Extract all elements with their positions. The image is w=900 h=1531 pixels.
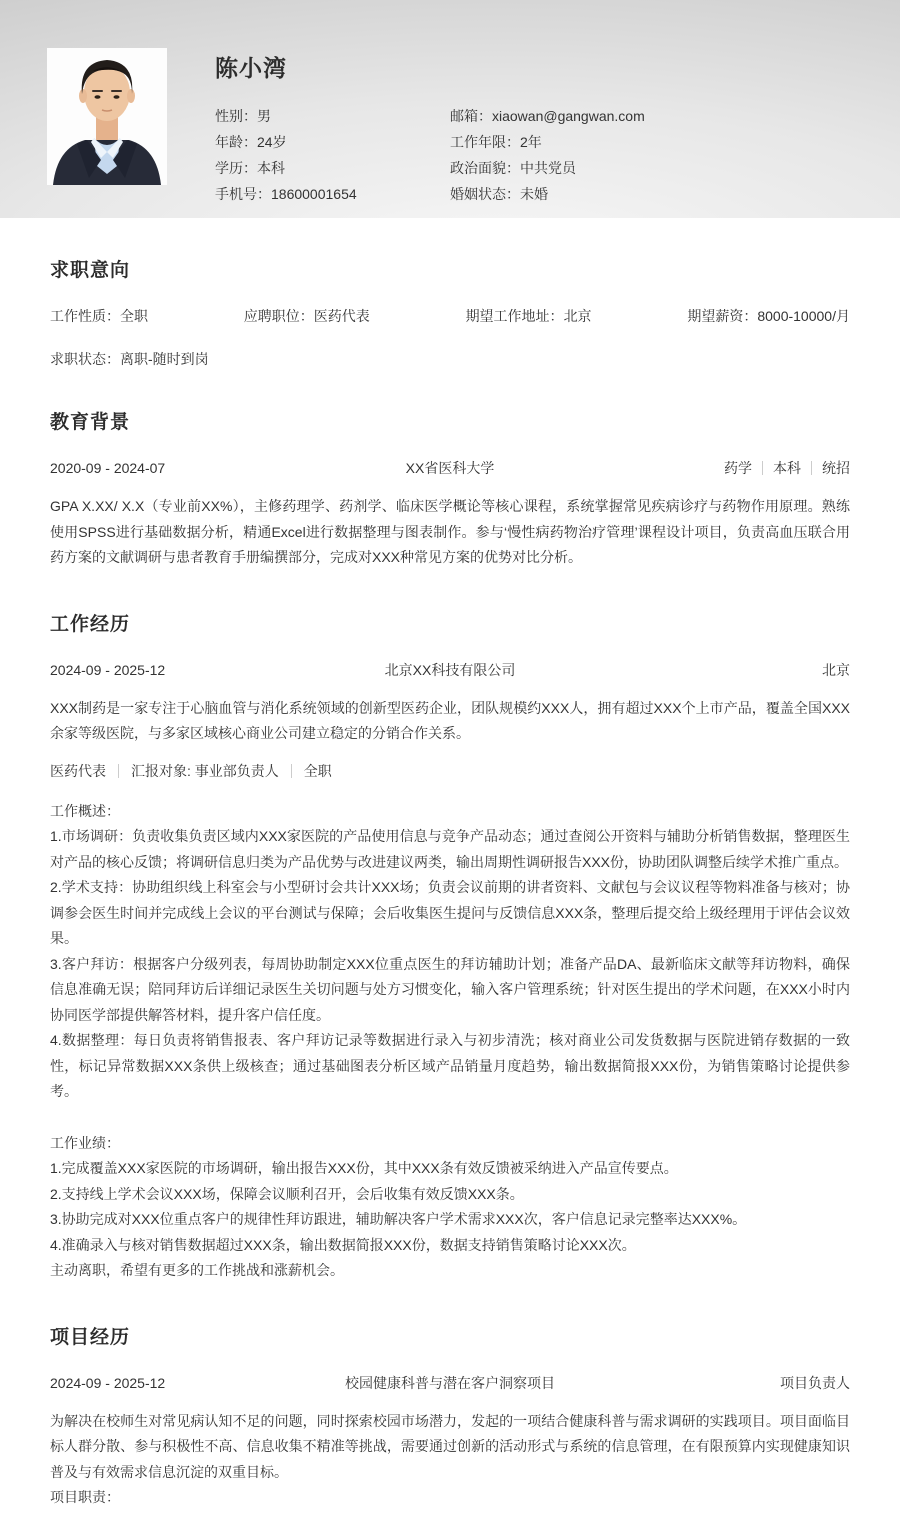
project-meta-row: 2024-09 - 2025-12 校园健康科普与潜在客户洞察项目 项目负责人 xyxy=(50,1373,850,1393)
project-name: 校园健康科普与潜在客户洞察项目 xyxy=(345,1373,555,1393)
resume-page: 陈小湾 性别：男 年龄：24岁 学历：本科 手机号：18600001654 邮箱… xyxy=(0,0,900,1531)
intent-value: 离职-随时到岗 xyxy=(120,351,209,367)
detail-political-status: 政治面貌：中共党员 xyxy=(450,155,860,181)
section-title-job-intention: 求职意向 xyxy=(50,255,850,282)
detail-label: 手机号： xyxy=(215,186,271,202)
project-description: 为解决在校师生对常见病认知不足的问题，同时探索校园市场潜力，发起的一项结合健康科… xyxy=(50,1409,850,1486)
detail-label: 学历： xyxy=(215,160,257,176)
work-leave-reason: 主动离职，希望有更多的工作挑战和涨薪机会。 xyxy=(50,1258,850,1284)
intent-label: 工作性质： xyxy=(50,308,120,324)
section-project-experience: 项目经历 2024-09 - 2025-12 校园健康科普与潜在客户洞察项目 项… xyxy=(50,1322,850,1511)
intent-value: 全职 xyxy=(120,308,148,324)
details-left-column: 性别：男 年龄：24岁 学历：本科 手机号：18600001654 xyxy=(215,103,450,207)
section-title-project: 项目经历 xyxy=(50,1322,850,1349)
work-location: 北京 xyxy=(515,660,850,680)
detail-label: 性别： xyxy=(215,108,257,124)
work-meta-row: 2024-09 - 2025-12 北京XX科技有限公司 北京 xyxy=(50,660,850,680)
project-period: 2024-09 - 2025-12 xyxy=(50,1373,345,1393)
intent-label: 求职状态： xyxy=(50,351,120,367)
detail-label: 邮箱： xyxy=(450,108,492,124)
work-achievement-title: 工作业绩： xyxy=(50,1131,850,1157)
detail-email: 邮箱：xiaowan@gangwan.com xyxy=(450,103,860,129)
detail-value: 2年 xyxy=(520,134,542,150)
work-position-tags: 医药代表汇报对象: 事业部负责人全职 xyxy=(50,764,344,778)
work-overview-item: 3.客户拜访：根据客户分级列表，每周协助制定XXX位重点医生的拜访辅助计划；准备… xyxy=(50,952,850,1029)
project-role: 项目负责人 xyxy=(555,1373,850,1393)
education-degree: 本科 xyxy=(762,461,811,475)
work-overview-title: 工作概述： xyxy=(50,799,850,825)
intent-label: 期望薪资： xyxy=(687,308,757,324)
detail-label: 婚姻状态： xyxy=(450,186,520,202)
education-major: 药学 xyxy=(724,461,762,475)
company-intro: XXX制药是一家专注于心脑血管与消化系统领域的创新型医药企业，团队规模约XXX人… xyxy=(50,696,850,747)
job-intention-row: 工作性质：全职 应聘职位：医药代表 期望工作地址：北京 期望薪资：8000-10… xyxy=(50,306,850,326)
resume-header: 陈小湾 性别：男 年龄：24岁 学历：本科 手机号：18600001654 邮箱… xyxy=(0,0,900,218)
intent-status: 求职状态：离职-随时到岗 xyxy=(50,349,850,369)
section-education: 教育背景 2020-09 - 2024-07 XX省医科大学 药学本科统招 GP… xyxy=(50,407,850,571)
detail-work-years: 工作年限：2年 xyxy=(450,129,860,155)
education-meta-row: 2020-09 - 2024-07 XX省医科大学 药学本科统招 xyxy=(50,458,850,478)
work-achievement-block: 工作业绩： 1.完成覆盖XXX家医院的市场调研，输出报告XXX份，其中XXX条有… xyxy=(50,1131,850,1259)
education-school: XX省医科大学 xyxy=(406,458,495,478)
detail-label: 年龄： xyxy=(215,134,257,150)
work-employment-type: 全职 xyxy=(291,764,344,778)
detail-education: 学历：本科 xyxy=(215,155,450,181)
intent-salary: 期望薪资：8000-10000/月 xyxy=(687,306,850,326)
section-job-intention: 求职意向 工作性质：全职 应聘职位：医药代表 期望工作地址：北京 期望薪资：80… xyxy=(50,255,850,369)
profile-photo xyxy=(47,48,167,185)
work-position-title: 医药代表 xyxy=(50,764,118,778)
details-right-column: 邮箱：xiaowan@gangwan.com 工作年限：2年 政治面貌：中共党员… xyxy=(450,103,860,207)
education-period: 2020-09 - 2024-07 xyxy=(50,458,406,478)
detail-value: 中共党员 xyxy=(520,160,576,176)
detail-value: 18600001654 xyxy=(271,186,357,202)
detail-phone: 手机号：18600001654 xyxy=(215,181,450,207)
education-description: GPA X.XX/ X.X（专业前XX%），主修药理学、药剂学、临床医学概论等核… xyxy=(50,494,850,571)
work-overview-item: 2.学术支持：协助组织线上科室会与小型研讨会共计XXX场；负责会议前期的讲者资料… xyxy=(50,875,850,952)
resume-body: 求职意向 工作性质：全职 应聘职位：医药代表 期望工作地址：北京 期望薪资：80… xyxy=(0,255,900,1531)
detail-value: 未婚 xyxy=(520,186,548,202)
intent-value: 8000-10000/月 xyxy=(757,308,850,324)
detail-label: 政治面貌： xyxy=(450,160,520,176)
project-duty-title: 项目职责： xyxy=(50,1485,850,1511)
education-enrollment-type: 统招 xyxy=(811,461,850,475)
header-info: 陈小湾 性别：男 年龄：24岁 学历：本科 手机号：18600001654 邮箱… xyxy=(215,50,860,207)
detail-value: 本科 xyxy=(257,160,285,176)
basic-details: 性别：男 年龄：24岁 学历：本科 手机号：18600001654 邮箱：xia… xyxy=(215,103,860,207)
section-title-education: 教育背景 xyxy=(50,407,850,434)
detail-value: 男 xyxy=(257,108,271,124)
detail-age: 年龄：24岁 xyxy=(215,129,450,155)
work-period: 2024-09 - 2025-12 xyxy=(50,660,385,680)
intent-position: 应聘职位：医药代表 xyxy=(244,306,370,326)
detail-marital-status: 婚姻状态：未婚 xyxy=(450,181,860,207)
work-achievement-item: 2.支持线上学术会议XXX场，保障会议顺利召开，会后收集有效反馈XXX条。 xyxy=(50,1182,850,1208)
education-tags: 药学本科统招 xyxy=(494,458,850,478)
intent-value: 北京 xyxy=(564,308,592,324)
profile-photo-illustration xyxy=(47,48,167,185)
work-overview-block: 工作概述： 1.市场调研：负责收集负责区域内XXX家医院的产品使用信息与竞争产品… xyxy=(50,799,850,1105)
work-company: 北京XX科技有限公司 xyxy=(385,660,516,680)
education-tags-group: 药学本科统招 xyxy=(724,461,850,475)
work-achievement-item: 4.准确录入与核对销售数据超过XXX条，输出数据简报XXX份，数据支持销售策略讨… xyxy=(50,1233,850,1259)
work-position-line: 医药代表汇报对象: 事业部负责人全职 xyxy=(50,761,850,781)
intent-value: 医药代表 xyxy=(314,308,370,324)
section-title-work: 工作经历 xyxy=(50,609,850,636)
intent-work-type: 工作性质：全职 xyxy=(50,306,148,326)
intent-label: 期望工作地址： xyxy=(466,308,564,324)
intent-label: 应聘职位： xyxy=(244,308,314,324)
work-overview-item: 1.市场调研：负责收集负责区域内XXX家医院的产品使用信息与竞争产品动态；通过查… xyxy=(50,824,850,875)
detail-value: xiaowan@gangwan.com xyxy=(492,108,645,124)
detail-gender: 性别：男 xyxy=(215,103,450,129)
detail-label: 工作年限： xyxy=(450,134,520,150)
work-report-to: 汇报对象: 事业部负责人 xyxy=(118,764,291,778)
section-work-experience: 工作经历 2024-09 - 2025-12 北京XX科技有限公司 北京 XXX… xyxy=(50,609,850,1284)
detail-value: 24岁 xyxy=(257,134,287,150)
work-achievement-item: 3.协助完成对XXX位重点客户的规律性拜访跟进，辅助解决客户学术需求XXX次，客… xyxy=(50,1207,850,1233)
intent-location: 期望工作地址：北京 xyxy=(466,306,592,326)
candidate-name: 陈小湾 xyxy=(215,50,860,83)
work-achievement-item: 1.完成覆盖XXX家医院的市场调研，输出报告XXX份，其中XXX条有效反馈被采纳… xyxy=(50,1156,850,1182)
work-overview-item: 4.数据整理：每日负责将销售报表、客户拜访记录等数据进行录入与初步清洗；核对商业… xyxy=(50,1028,850,1105)
